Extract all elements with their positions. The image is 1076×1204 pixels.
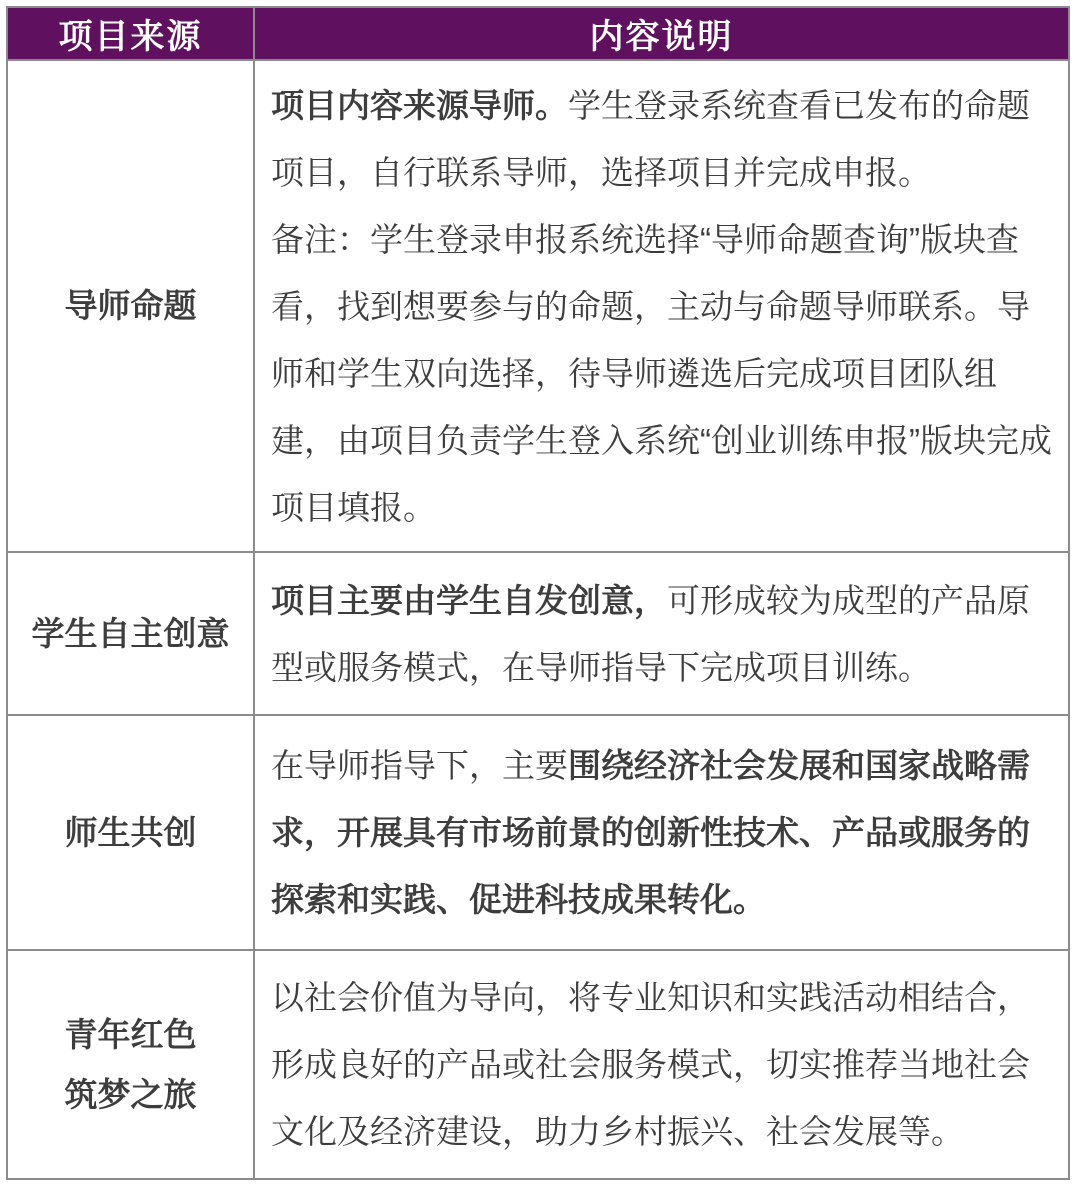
content-paragraph: 在导师指导下，主要围绕经济社会发展和国家战略需求，开展具有市场前景的创新性技术、… [271, 732, 1052, 933]
content-paragraph: 项目内容来源导师。学生登录系统查看已发布的命题项目，自行联系导师，选择项目并完成… [271, 72, 1052, 206]
content-cell: 项目主要由学生自发创意，可形成较为成型的产品原型或服务模式，在导师指导下完成项目… [254, 552, 1069, 715]
source-cell: 学生自主创意 [7, 552, 254, 715]
table-header-row: 项目来源 内容说明 [7, 7, 1069, 60]
source-cell: 师生共创 [7, 715, 254, 950]
content-text: 备注：学生登录申报系统选择“导师命题查询”版块查看，找到想要参与的命题，主动与命… [271, 221, 1052, 526]
content-text: 以社会价值为导向，将专业知识和实践活动相结合，形成良好的产品或社会服务模式，切实… [271, 979, 1030, 1150]
project-source-table: 项目来源 内容说明 导师命题项目内容来源导师。学生登录系统查看已发布的命题项目，… [6, 6, 1070, 1180]
content-paragraph: 项目主要由学生自发创意，可形成较为成型的产品原型或服务模式，在导师指导下完成项目… [271, 567, 1052, 701]
content-cell: 在导师指导下，主要围绕经济社会发展和国家战略需求，开展具有市场前景的创新性技术、… [254, 715, 1069, 950]
content-paragraph: 以社会价值为导向，将专业知识和实践活动相结合，形成良好的产品或社会服务模式，切实… [271, 964, 1052, 1165]
content-text-bold: 项目主要由学生自发创意， [271, 582, 667, 619]
source-cell: 青年红色筑梦之旅 [7, 950, 254, 1179]
content-text-bold: 项目内容来源导师。 [271, 87, 568, 124]
table-row: 青年红色筑梦之旅以社会价值为导向，将专业知识和实践活动相结合，形成良好的产品或社… [7, 950, 1069, 1179]
header-cell-project-source: 项目来源 [7, 7, 254, 60]
table-body: 导师命题项目内容来源导师。学生登录系统查看已发布的命题项目，自行联系导师，选择项… [7, 60, 1069, 1179]
content-cell: 项目内容来源导师。学生登录系统查看已发布的命题项目，自行联系导师，选择项目并完成… [254, 60, 1069, 552]
table-row: 师生共创在导师指导下，主要围绕经济社会发展和国家战略需求，开展具有市场前景的创新… [7, 715, 1069, 950]
source-cell: 导师命题 [7, 60, 254, 552]
content-cell: 以社会价值为导向，将专业知识和实践活动相结合，形成良好的产品或社会服务模式，切实… [254, 950, 1069, 1179]
content-text: 在导师指导下，主要 [271, 747, 568, 784]
table-row: 学生自主创意项目主要由学生自发创意，可形成较为成型的产品原型或服务模式，在导师指… [7, 552, 1069, 715]
header-cell-content-description: 内容说明 [254, 7, 1069, 60]
table-row: 导师命题项目内容来源导师。学生登录系统查看已发布的命题项目，自行联系导师，选择项… [7, 60, 1069, 552]
content-paragraph: 备注：学生登录申报系统选择“导师命题查询”版块查看，找到想要参与的命题，主动与命… [271, 206, 1052, 541]
